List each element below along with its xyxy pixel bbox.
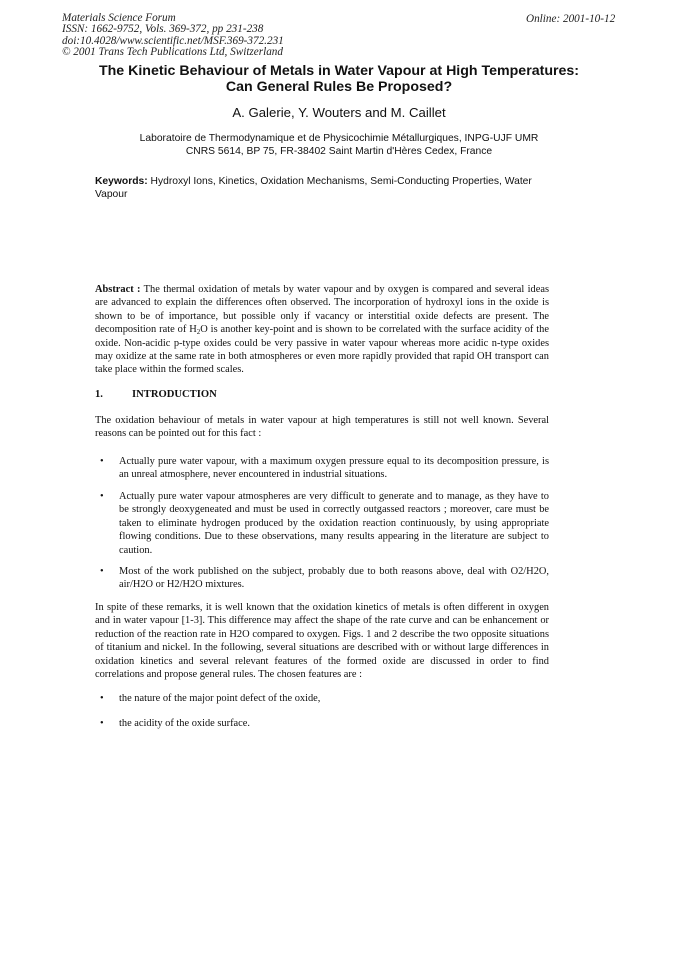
bullet-icon: • [100,692,104,705]
affiliation: Laboratoire de Thermodynamique et de Phy… [60,132,618,159]
copyright-line: © 2001 Trans Tech Publications Ltd, Swit… [62,47,284,58]
journal-metadata: Materials Science Forum ISSN: 1662-9752,… [62,13,284,58]
section-number: 1. [95,389,132,400]
issn-line: ISSN: 1662-9752, Vols. 369-372, pp 231-2… [62,24,284,35]
affiliation-line-2: CNRS 5614, BP 75, FR-38402 Saint Martin … [60,145,618,158]
list-item: • Most of the work published on the subj… [100,565,549,592]
keywords: Keywords: Hydroxyl Ions, Kinetics, Oxida… [95,175,555,201]
bullet-icon: • [100,565,104,578]
abstract-label: Abstract : [95,284,141,295]
intro-paragraph-1: The oxidation behaviour of metals in wat… [95,414,549,441]
affiliation-line-1: Laboratoire de Thermodynamique et de Phy… [60,132,618,145]
online-date: Online: 2001-10-12 [526,13,615,25]
section-title: INTRODUCTION [132,389,217,400]
list-item: • the acidity of the oxide surface. [100,717,549,730]
title-line-1: The Kinetic Behaviour of Metals in Water… [60,63,618,79]
list-item: • the nature of the major point defect o… [100,692,549,705]
list-item: • Actually pure water vapour, with a max… [100,455,549,482]
list-item-text: the nature of the major point defect of … [119,692,549,705]
intro-paragraph-2: In spite of these remarks, it is well kn… [95,601,549,681]
keywords-label: Keywords: [95,176,148,187]
bullet-icon: • [100,490,104,503]
abstract: Abstract : The thermal oxidation of meta… [95,283,549,377]
bullet-icon: • [100,455,104,468]
paper-title: The Kinetic Behaviour of Metals in Water… [60,63,618,95]
authors: A. Galerie, Y. Wouters and M. Caillet [60,105,618,120]
list-item-text: Most of the work published on the subjec… [119,565,549,592]
keywords-list: Hydroxyl Ions, Kinetics, Oxidation Mecha… [95,176,532,200]
list-item-text: Actually pure water vapour atmospheres a… [119,490,549,557]
bullet-icon: • [100,717,104,730]
list-item-text: Actually pure water vapour, with a maxim… [119,455,549,482]
list-item-text: the acidity of the oxide surface. [119,717,549,730]
title-line-2: Can General Rules Be Proposed? [60,79,618,95]
list-item: • Actually pure water vapour atmospheres… [100,490,549,557]
section-heading-introduction: 1.INTRODUCTION [95,389,217,400]
